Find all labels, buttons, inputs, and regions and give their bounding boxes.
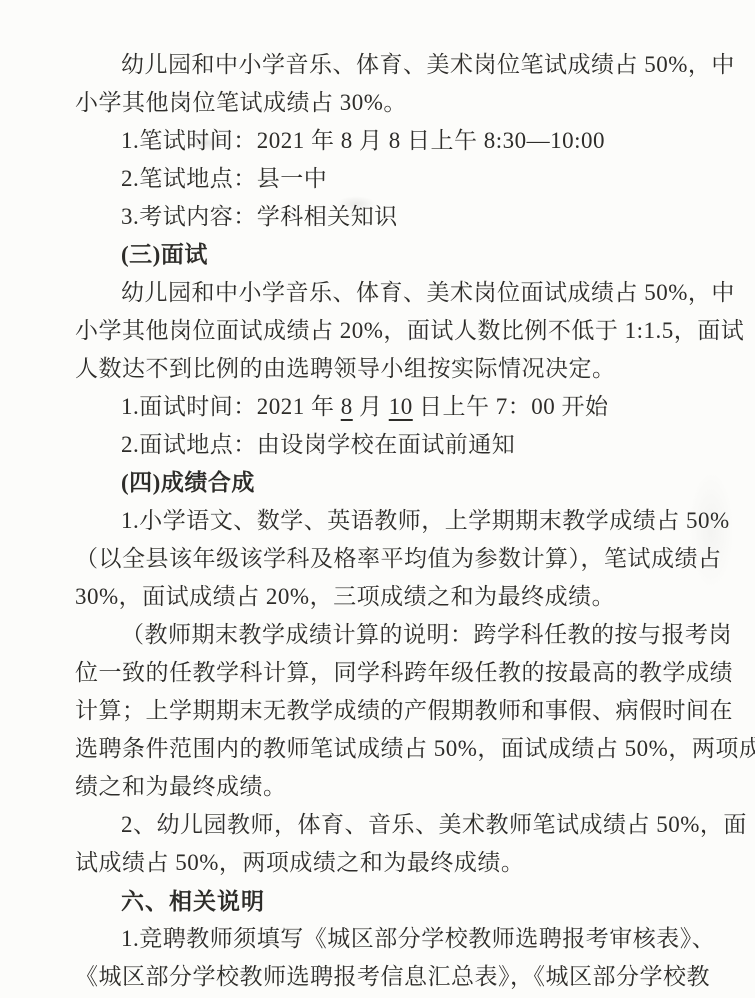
- text-line: 幼儿园和中小学音乐、体育、美术岗位面试成绩占 50%，中: [75, 274, 715, 312]
- text-segment: 选聘条件范围内的教师笔试成绩占 50%，面试成绩占 50%，两项成: [75, 736, 755, 761]
- text-line: 2.笔试地点：县一中: [75, 160, 715, 198]
- text-line: 幼儿园和中小学音乐、体育、美术岗位笔试成绩占 50%，中: [75, 46, 715, 84]
- section-heading: 六、相关说明: [75, 882, 715, 920]
- text-segment: 1.面试时间：2021 年: [121, 394, 341, 419]
- text-line: 小学其他岗位笔试成绩占 30%。: [75, 84, 715, 122]
- text-segment: 试成绩占 50%，两项成绩之和为最终成绩。: [75, 850, 524, 875]
- text-line: 试成绩占 50%，两项成绩之和为最终成绩。: [75, 844, 715, 882]
- text-segment: (三)面试: [121, 242, 208, 267]
- text-line: （教师期末教学成绩计算的说明：跨学科任教的按与报考岗: [75, 616, 715, 654]
- text-segment: 1.竞聘教师须填写《城区部分学校教师选聘报考审核表》、: [121, 926, 715, 951]
- text-segment: （教师期末教学成绩计算的说明：跨学科任教的按与报考岗: [121, 622, 732, 647]
- text-segment: 月: [353, 394, 389, 419]
- text-line: 小学其他岗位面试成绩占 20%，面试人数比例不低于 1:1.5，面试: [75, 312, 715, 350]
- document-body: 幼儿园和中小学音乐、体育、美术岗位笔试成绩占 50%，中小学其他岗位笔试成绩占 …: [75, 46, 715, 996]
- text-segment: 3.考试内容：学科相关知识: [121, 204, 398, 229]
- text-line: （以全县该年级该学科及格率平均值为参数计算），笔试成绩占: [75, 540, 715, 578]
- text-segment: 小学其他岗位笔试成绩占 30%。: [75, 90, 407, 115]
- text-line: 2、幼儿园教师，体育、音乐、美术教师笔试成绩占 50%，面: [75, 806, 715, 844]
- text-line: 计算；上学期期末无教学成绩的产假期教师和事假、病假时间在: [75, 692, 715, 730]
- text-segment: 2.面试地点：由设岗学校在面试前通知: [121, 432, 515, 457]
- text-segment: 1.笔试时间：2021 年 8 月 8 日上午 8:30—10:00: [121, 128, 605, 153]
- text-line: 1.竞聘教师须填写《城区部分学校教师选聘报考审核表》、: [75, 920, 715, 958]
- text-segment: 幼儿园和中小学音乐、体育、美术岗位笔试成绩占 50%，中: [121, 52, 735, 77]
- section-heading: (三)面试: [75, 236, 715, 274]
- text-segment: 位一致的任教学科计算，同学科跨年级任教的按最高的教学成绩: [75, 660, 733, 685]
- section-heading: (四)成绩合成: [75, 464, 715, 502]
- text-line: 1.笔试时间：2021 年 8 月 8 日上午 8:30—10:00: [75, 122, 715, 160]
- text-line: 1.小学语文、数学、英语教师，上学期期末教学成绩占 50%: [75, 502, 715, 540]
- text-line: 选聘条件范围内的教师笔试成绩占 50%，面试成绩占 50%，两项成: [75, 730, 715, 768]
- text-line: 1.面试时间：2021 年 8 月 10 日上午 7：00 开始: [75, 388, 715, 426]
- text-segment: 幼儿园和中小学音乐、体育、美术岗位面试成绩占 50%，中: [121, 280, 735, 305]
- text-line: 《城区部分学校教师选聘报考信息汇总表》，《城区部分学校教: [75, 958, 715, 996]
- text-line: 位一致的任教学科计算，同学科跨年级任教的按最高的教学成绩: [75, 654, 715, 692]
- text-segment: （以全县该年级该学科及格率平均值为参数计算），笔试成绩占: [75, 546, 722, 571]
- text-segment: 30%，面试成绩占 20%，三项成绩之和为最终成绩。: [75, 584, 615, 609]
- underlined-date-value: 10: [389, 394, 413, 419]
- text-line: 绩之和为最终成绩。: [75, 768, 715, 806]
- text-line: 3.考试内容：学科相关知识: [75, 198, 715, 236]
- text-segment: 1.小学语文、数学、英语教师，上学期期末教学成绩占 50%: [121, 508, 730, 533]
- underlined-date-value: 8: [341, 394, 353, 419]
- text-segment: 小学其他岗位面试成绩占 20%，面试人数比例不低于 1:1.5，面试: [75, 318, 744, 343]
- text-line: 30%，面试成绩占 20%，三项成绩之和为最终成绩。: [75, 578, 715, 616]
- text-segment: 2.笔试地点：县一中: [121, 166, 327, 191]
- text-segment: 日上午 7：00 开始: [413, 394, 609, 419]
- text-segment: 2、幼儿园教师，体育、音乐、美术教师笔试成绩占 50%，面: [121, 812, 747, 837]
- text-line: 2.面试地点：由设岗学校在面试前通知: [75, 426, 715, 464]
- text-segment: 《城区部分学校教师选聘报考信息汇总表》，《城区部分学校教: [75, 964, 710, 989]
- document-page: 幼儿园和中小学音乐、体育、美术岗位笔试成绩占 50%，中小学其他岗位笔试成绩占 …: [0, 0, 755, 998]
- text-segment: 绩之和为最终成绩。: [75, 774, 287, 799]
- text-segment: (四)成绩合成: [121, 470, 255, 495]
- text-segment: 六、相关说明: [121, 888, 265, 914]
- text-segment: 人数达不到比例的由选聘领导小组按实际情况决定。: [75, 356, 616, 381]
- text-segment: 计算；上学期期末无教学成绩的产假期教师和事假、病假时间在: [75, 698, 733, 723]
- text-line: 人数达不到比例的由选聘领导小组按实际情况决定。: [75, 350, 715, 388]
